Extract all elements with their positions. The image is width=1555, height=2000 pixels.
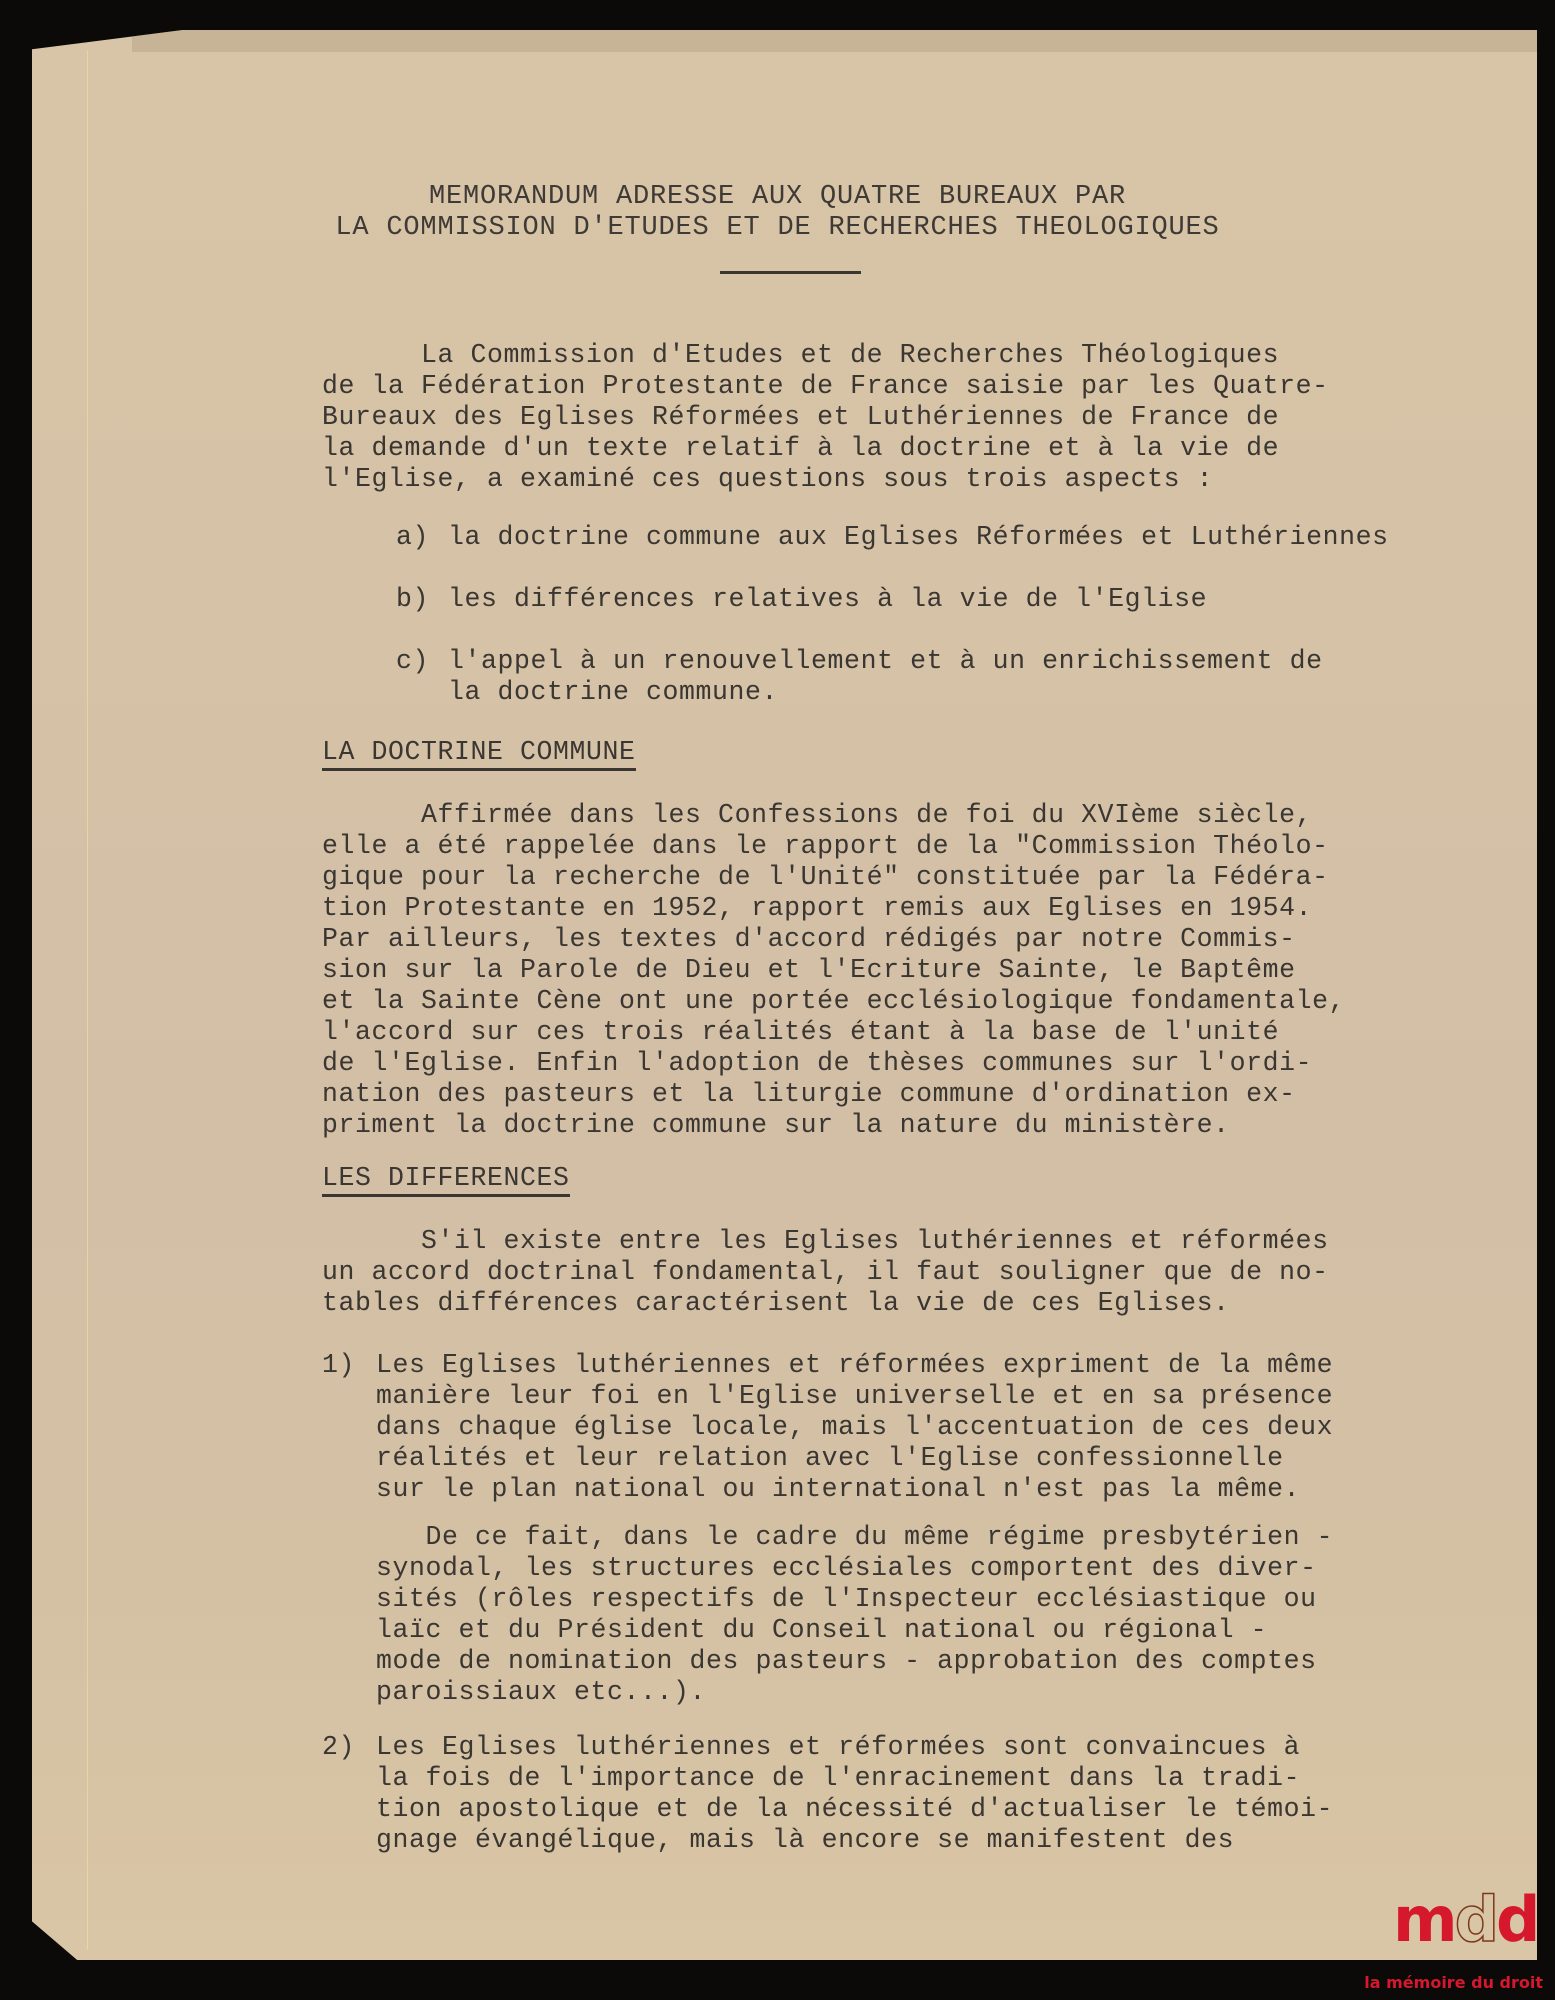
document-title-line-1: MEMORANDUM ADRESSE AUX QUATRE BUREAUX PA…	[0, 182, 1555, 213]
aspect-marker-c: c)	[396, 646, 429, 677]
aspect-marker-a: a)	[396, 522, 429, 553]
item-line: réalités et leur relation avec l'Eglise …	[376, 1443, 1284, 1474]
intro-line: de la Fédération Protestante de France s…	[322, 371, 1329, 402]
item-line: sur le plan national ou international n'…	[376, 1474, 1300, 1505]
aspect-text-c: la doctrine commune.	[448, 677, 778, 708]
intro-line: l'Eglise, a examiné ces questions sous t…	[322, 464, 1213, 495]
item-marker: 1)	[322, 1350, 355, 1381]
paragraph-line: tion Protestante en 1952, rapport remis …	[322, 893, 1312, 924]
paragraph-line: gique pour la recherche de l'Unité" cons…	[322, 862, 1329, 893]
item-line: Les Eglises luthériennes et réformées ex…	[376, 1350, 1333, 1381]
item-subparagraph-line: mode de nomination des pasteurs - approb…	[376, 1646, 1317, 1677]
paragraph-line: tables différences caractérisent la vie …	[322, 1288, 1230, 1319]
item-subparagraph-line: paroissiaux etc...).	[376, 1677, 706, 1708]
paragraph-line: Affirmée dans les Confessions de foi du …	[322, 800, 1312, 831]
section-heading-differences: LES DIFFERENCES	[322, 1164, 570, 1197]
logo-letter-m: m	[1393, 1883, 1455, 1956]
item-marker: 2)	[322, 1732, 355, 1763]
item-line: gnage évangélique, mais là encore se man…	[376, 1825, 1234, 1856]
intro-line: la demande d'un texte relatif à la doctr…	[322, 433, 1279, 464]
item-line: dans chaque église locale, mais l'accent…	[376, 1412, 1333, 1443]
intro-line: La Commission d'Etudes et de Recherches …	[322, 340, 1279, 371]
logo-letter-d-outline: d	[1455, 1883, 1496, 1956]
item-line: Les Eglises luthériennes et réformées so…	[376, 1732, 1300, 1763]
aspect-text-c: l'appel à un renouvellement et à un enri…	[448, 646, 1323, 677]
paragraph-line: S'il existe entre les Eglises luthérienn…	[322, 1226, 1329, 1257]
intro-line: Bureaux des Eglises Réformées et Luthéri…	[322, 402, 1279, 433]
item-line: tion apostolique et de la nécessité d'ac…	[376, 1794, 1333, 1825]
aspect-text-b: les différences relatives à la vie de l'…	[448, 584, 1207, 615]
item-line: la fois de l'importance de l'enracinemen…	[376, 1763, 1300, 1794]
section-heading-doctrine-commune: LA DOCTRINE COMMUNE	[322, 738, 636, 771]
paragraph-line: et la Sainte Cène ont une portée ecclési…	[322, 986, 1345, 1017]
paragraph-line: nation des pasteurs et la liturgie commu…	[322, 1079, 1296, 1110]
document-title-line-2: LA COMMISSION D'ETUDES ET DE RECHERCHES …	[0, 213, 1555, 244]
title-underline-rule	[720, 271, 861, 274]
item-subparagraph-line: laïc et du Président du Conseil national…	[376, 1615, 1267, 1646]
aspect-marker-b: b)	[396, 584, 429, 615]
paragraph-line: l'accord sur ces trois réalités étant à …	[322, 1017, 1279, 1048]
item-subparagraph-line: synodal, les structures ecclésiales comp…	[376, 1553, 1317, 1584]
logo-letter-d: d	[1496, 1883, 1537, 1956]
paper-fold-crease	[132, 30, 1537, 52]
aspect-text-a: la doctrine commune aux Eglises Réformée…	[448, 522, 1389, 553]
paragraph-line: de l'Eglise. Enfin l'adoption de thèses …	[322, 1048, 1312, 1079]
paragraph-line: un accord doctrinal fondamental, il faut…	[322, 1257, 1329, 1288]
mdd-logo: mdd	[1393, 1890, 1543, 1950]
item-subparagraph-line: De ce fait, dans le cadre du même régime…	[376, 1522, 1333, 1553]
item-subparagraph-line: sités (rôles respectifs de l'Inspecteur …	[376, 1584, 1317, 1615]
paragraph-line: sion sur la Parole de Dieu et l'Ecriture…	[322, 955, 1296, 986]
paragraph-line: Par ailleurs, les textes d'accord rédigé…	[322, 924, 1296, 955]
item-line: manière leur foi en l'Eglise universelle…	[376, 1381, 1333, 1412]
paragraph-line: elle a été rappelée dans le rapport de l…	[322, 831, 1329, 862]
paragraph-line: priment la doctrine commune sur la natur…	[322, 1110, 1230, 1141]
logo-tagline: la mémoire du droit	[1364, 1973, 1543, 1992]
